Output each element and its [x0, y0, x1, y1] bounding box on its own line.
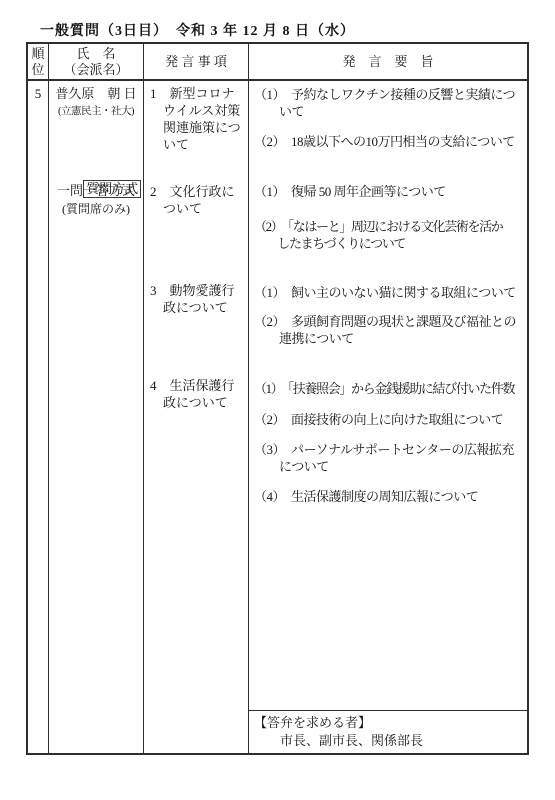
- answerers-section: 【答弁を求める者】 市長、副市長、関係部長: [249, 710, 527, 753]
- faction-name: (立憲民主・社大): [49, 103, 143, 120]
- header-rank: 順 位: [28, 44, 49, 79]
- speaker-name: 普久原 朝 日: [49, 85, 143, 102]
- rank-cell: 5: [28, 81, 49, 753]
- remark-item: （2） 面接技術の向上に向けた取組について: [254, 411, 503, 428]
- remark-item: （1） 飼い主のいない猫に関する取組について: [254, 284, 516, 301]
- table-row: 5 普久原 朝 日 (立憲民主・社大) 質問方式 一問一答方式 (質問席のみ) …: [28, 81, 527, 753]
- rank-value: 5: [28, 85, 48, 102]
- question-style-note: (質問席のみ): [49, 201, 143, 218]
- remarks-cell: （1） 予約なしワクチン接種の反響と実績につ いて （2） 18歳以下への10万…: [249, 81, 527, 753]
- table-header-row: 順 位 氏 名 （会派名） 発 言 事 項 発 言 要 旨: [28, 44, 527, 81]
- answerers-value: 市長、副市長、関係部長: [254, 732, 527, 750]
- topic-item: 4 生活保護行 政について: [150, 377, 235, 411]
- topic-item: 2 文化行政に ついて: [150, 183, 235, 217]
- agenda-table: 順 位 氏 名 （会派名） 発 言 事 項 発 言 要 旨 5 普久原 朝 日 …: [26, 42, 529, 755]
- remark-item: （1） 予約なしワクチン接種の反響と実績につ いて: [254, 86, 515, 120]
- answerers-heading: 【答弁を求める者】: [254, 714, 527, 732]
- remark-item: （1） 「扶養照会」から金銭援助に結び付いた件数: [254, 380, 514, 397]
- header-summary: 発 言 要 旨: [249, 44, 527, 79]
- remark-item: （3） パーソナルサポートセンターの広報拡充 について: [254, 441, 514, 475]
- topic-item: 3 動物愛護行 政について: [150, 282, 235, 316]
- document-page: 一般質問（3日目） 令和 3 年 12 月 8 日（水） 順 位 氏 名 （会派…: [0, 0, 555, 800]
- header-name: 氏 名 （会派名）: [49, 44, 144, 79]
- question-style-value: 一問一答方式: [49, 182, 143, 199]
- page-title: 一般質問（3日目） 令和 3 年 12 月 8 日（水）: [40, 20, 355, 40]
- remark-item: （1） 復帰 50 周年企画等について: [254, 183, 446, 200]
- remark-item: （2） 「なはーと」周辺における文化芸術を活か したまちづくりについて: [254, 218, 502, 252]
- remark-item: （2） 多頭飼育問題の現状と課題及び福祉との 連携について: [254, 313, 516, 347]
- speaker-cell: 普久原 朝 日 (立憲民主・社大) 質問方式 一問一答方式 (質問席のみ): [49, 81, 144, 753]
- remark-item: （2） 18歳以下への10万円相当の支給について: [254, 133, 515, 150]
- remark-item: （4） 生活保護制度の周知広報について: [254, 488, 478, 505]
- topics-cell: 1 新型コロナ ウイルス対策 関連施策につ いて 2 文化行政に ついて 3 動…: [144, 81, 249, 753]
- header-topics: 発 言 事 項: [144, 44, 249, 79]
- topic-item: 1 新型コロナ ウイルス対策 関連施策につ いて: [150, 85, 241, 153]
